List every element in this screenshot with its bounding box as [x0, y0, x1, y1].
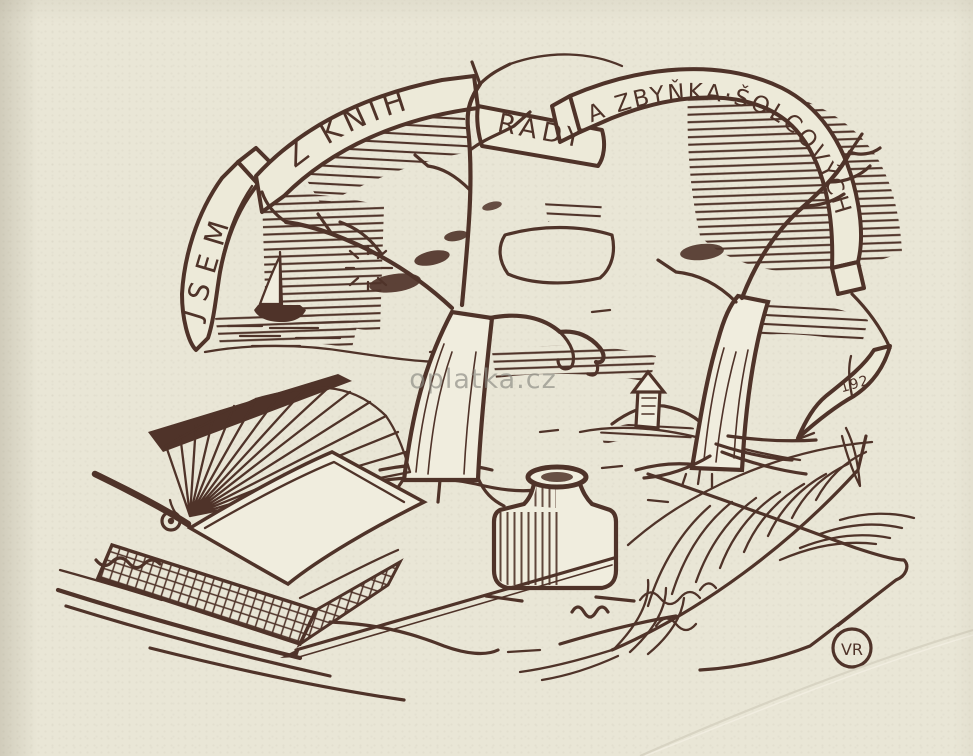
monogram-text: VR [841, 640, 863, 659]
year-text: 192 [838, 373, 871, 397]
watermark-text: oplatka.cz [409, 364, 557, 395]
artist-monogram: VR [833, 629, 871, 667]
open-book [95, 374, 424, 644]
castle-tower [580, 372, 800, 460]
exlibris-drawing: JSEM Z KNIH RADY A ZBYŇKA·ŠOLCOVÝCH 192 [0, 0, 973, 756]
bookplate-scan: JSEM Z KNIH RADY A ZBYŇKA·ŠOLCOVÝCH 192 [0, 0, 973, 756]
feather-fluff [520, 580, 716, 680]
book-open-page [190, 452, 424, 584]
